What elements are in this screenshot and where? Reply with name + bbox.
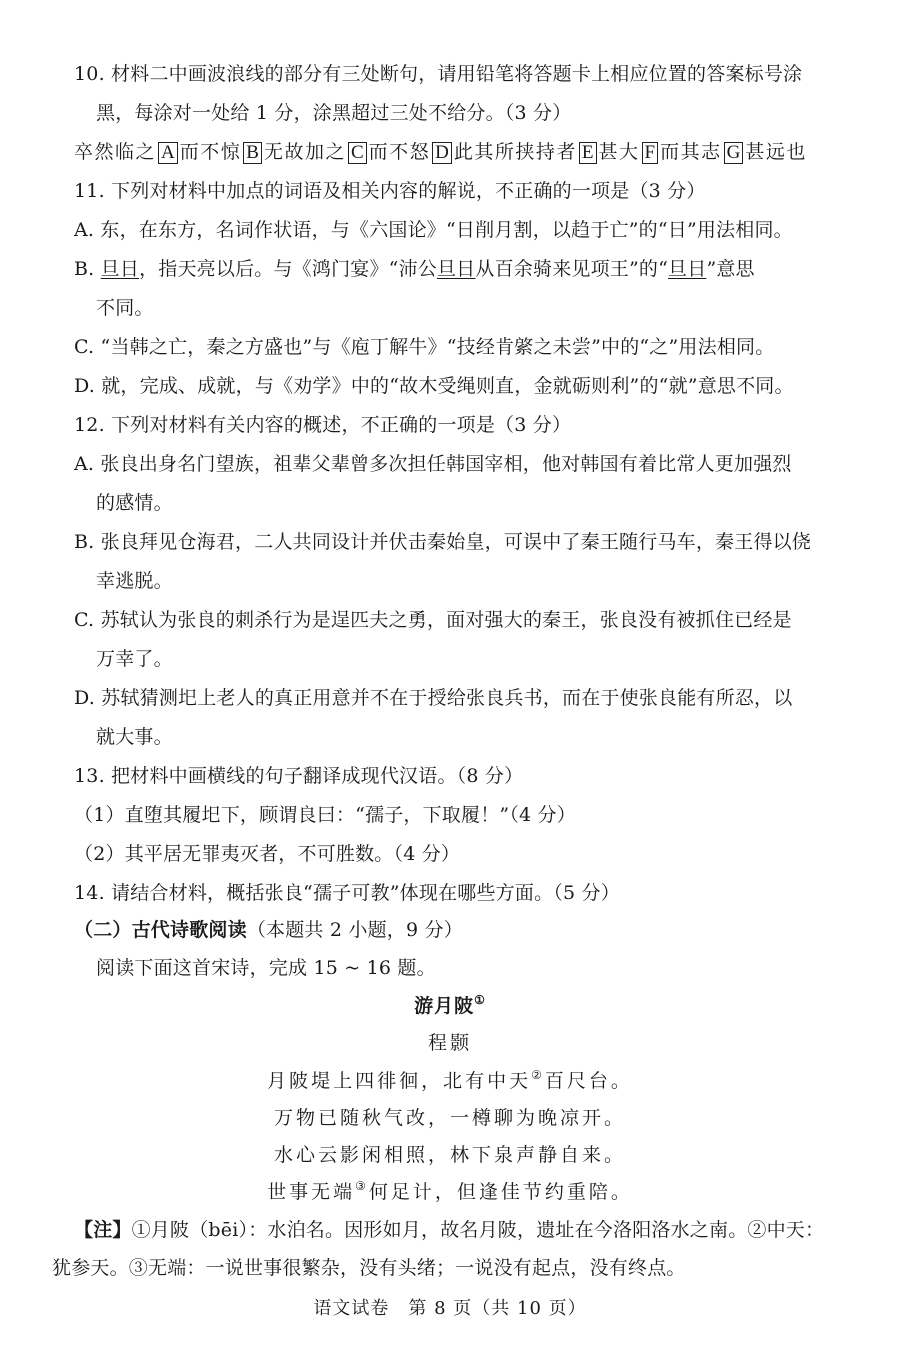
option-text: ，指天亮以后。与《鸿门宴》“沛公 <box>139 258 437 280</box>
poem-title-text: 游月陂 <box>414 995 474 1017</box>
underlined-word: 旦日 <box>101 258 139 280</box>
poem-line-1: 月陂堤上四徘徊，北有中天②百尺台。 <box>0 1069 900 1093</box>
poem-text: 世事无端 <box>267 1181 355 1203</box>
poem-text: 月陂堤上四徘徊，北有中天 <box>267 1070 531 1092</box>
answer-box-a: A <box>158 142 178 164</box>
poem-text: 何足计，但逢佳节约重陪。 <box>369 1181 633 1203</box>
footnote-marker: ② <box>531 1068 545 1082</box>
q12-option-b: B. 张良拜见仓海君，二人共同设计并伏击秦始皇，可误中了秦王随行马车，秦王得以侥 <box>74 530 811 554</box>
poem-title: 游月陂① <box>0 994 900 1018</box>
option-label: B. <box>74 258 101 280</box>
poem-line-4: 世事无端③何足计，但逢佳节约重陪。 <box>0 1180 900 1204</box>
poem-line-2: 万物已随秋气改，一樽聊为晚凉开。 <box>0 1106 900 1130</box>
q12-option-b-cont: 幸逃脱。 <box>96 569 173 593</box>
poem-author: 程颢 <box>0 1031 900 1055</box>
q11-option-c: C. “当韩之亡，秦之方盛也”与《庖丁解牛》“技经肯綮之未尝”中的“之”用法相同… <box>74 335 774 359</box>
q11-option-b: B. 旦日，指天亮以后。与《鸿门宴》“沛公旦日从百余骑来见项王”的“旦日”意思 <box>74 257 755 281</box>
answer-box-c: C <box>348 142 367 164</box>
underlined-word: 旦日 <box>437 258 475 280</box>
notes-text: ①月陂（bēi）：水泊名。因形如月，故名月陂，遗址在今洛阳洛水之南。②中天： <box>132 1219 825 1241</box>
poem-line-3: 水心云影闲相照，林下泉声静自来。 <box>0 1143 900 1167</box>
q11-stem: 11. 下列对材料中加点的词语及相关内容的解说，不正确的一项是（3 分） <box>74 179 706 203</box>
q10-segment: 此其所挟持者 <box>454 141 577 163</box>
q10-segment: 甚大 <box>599 141 640 163</box>
section-title: （二）古代诗歌阅读 <box>74 919 247 941</box>
section-info: （本题共 2 小题，9 分） <box>247 919 463 941</box>
q13-sentence-1: （1）直堕其履圯下，顾谓良曰：“孺子，下取履！”（4 分） <box>74 803 576 827</box>
q10-segment: 而不惊 <box>180 141 242 163</box>
q14-stem: 14. 请结合材料，概括张良“孺子可教”体现在哪些方面。（5 分） <box>74 881 620 905</box>
q10-sentence-with-boxes: 卒然临之A而不惊B无故加之C而不怒D此其所挟持者E甚大F而其志G甚远也 <box>74 140 807 164</box>
q11-option-b-cont: 不同。 <box>96 296 154 320</box>
q10-segment: 卒然临之 <box>74 141 156 163</box>
section-heading: （二）古代诗歌阅读（本题共 2 小题，9 分） <box>74 918 463 942</box>
notes-line-1: 【注】①月陂（bēi）：水泊名。因形如月，故名月陂，遗址在今洛阳洛水之南。②中天… <box>74 1218 824 1242</box>
exam-page: 10. 材料二中画波浪线的部分有三处断句，请用铅笔将答题卡上相应位置的答案标号涂… <box>0 0 900 1372</box>
q10-stem-line2: 黑，每涂对一处给 1 分，涂黑超过三处不给分。（3 分） <box>96 101 571 125</box>
q10-segment: 甚远也 <box>745 141 807 163</box>
answer-box-g: G <box>724 142 744 164</box>
answer-box-d: D <box>432 142 452 164</box>
q12-option-d-cont: 就大事。 <box>96 725 173 749</box>
option-text: ”意思 <box>706 258 754 280</box>
footnote-marker: ③ <box>355 1179 369 1193</box>
answer-box-b: B <box>243 142 262 164</box>
q12-option-a-cont: 的感情。 <box>96 491 173 515</box>
q10-segment: 而其志 <box>660 141 722 163</box>
q10-segment: 无故加之 <box>264 141 346 163</box>
q12-option-c-cont: 万幸了。 <box>96 647 173 671</box>
notes-line-2: 犹参天。③无端：一说世事很繁杂，没有头绪；一说没有起点，没有终点。 <box>52 1256 686 1280</box>
q13-stem: 13. 把材料中画横线的句子翻译成现代汉语。（8 分） <box>74 764 523 788</box>
q10-stem-line1: 10. 材料二中画波浪线的部分有三处断句，请用铅笔将答题卡上相应位置的答案标号涂 <box>74 62 802 86</box>
poem-text: 百尺台。 <box>545 1070 633 1092</box>
section-intro: 阅读下面这首宋诗，完成 15 ~ 16 题。 <box>96 956 436 980</box>
q11-option-a: A. 东，在东方，名词作状语，与《六国论》“日削月割，以趋于亡”的“日”用法相同… <box>74 218 793 242</box>
footnote-marker: ① <box>474 993 486 1007</box>
underlined-word: 旦日 <box>668 258 706 280</box>
option-text: 从百余骑来见项王”的“ <box>475 258 668 280</box>
q11-option-d: D. 就，完成、成就，与《劝学》中的“故木受绳则直，金就砺则利”的“就”意思不同… <box>74 374 794 398</box>
q12-option-d: D. 苏轼猜测圯上老人的真正用意并不在于授给张良兵书，而在于使张良能有所忍，以 <box>74 686 792 710</box>
page-footer: 语文试卷 第 8 页（共 10 页） <box>0 1297 900 1321</box>
q12-stem: 12. 下列对材料有关内容的概述，不正确的一项是（3 分） <box>74 413 571 437</box>
q13-sentence-2: （2）其平居无罪夷灭者，不可胜数。（4 分） <box>74 842 460 866</box>
notes-label: 【注】 <box>74 1219 132 1241</box>
q10-segment: 而不怒 <box>369 141 431 163</box>
answer-box-f: F <box>642 142 659 164</box>
q12-option-c: C. 苏轼认为张良的刺杀行为是逞匹夫之勇，面对强大的秦王，张良没有被抓住已经是 <box>74 608 792 632</box>
answer-box-e: E <box>579 142 597 164</box>
q12-option-a: A. 张良出身名门望族，祖辈父辈曾多次担任韩国宰相，他对韩国有着比常人更加强烈 <box>74 452 792 476</box>
